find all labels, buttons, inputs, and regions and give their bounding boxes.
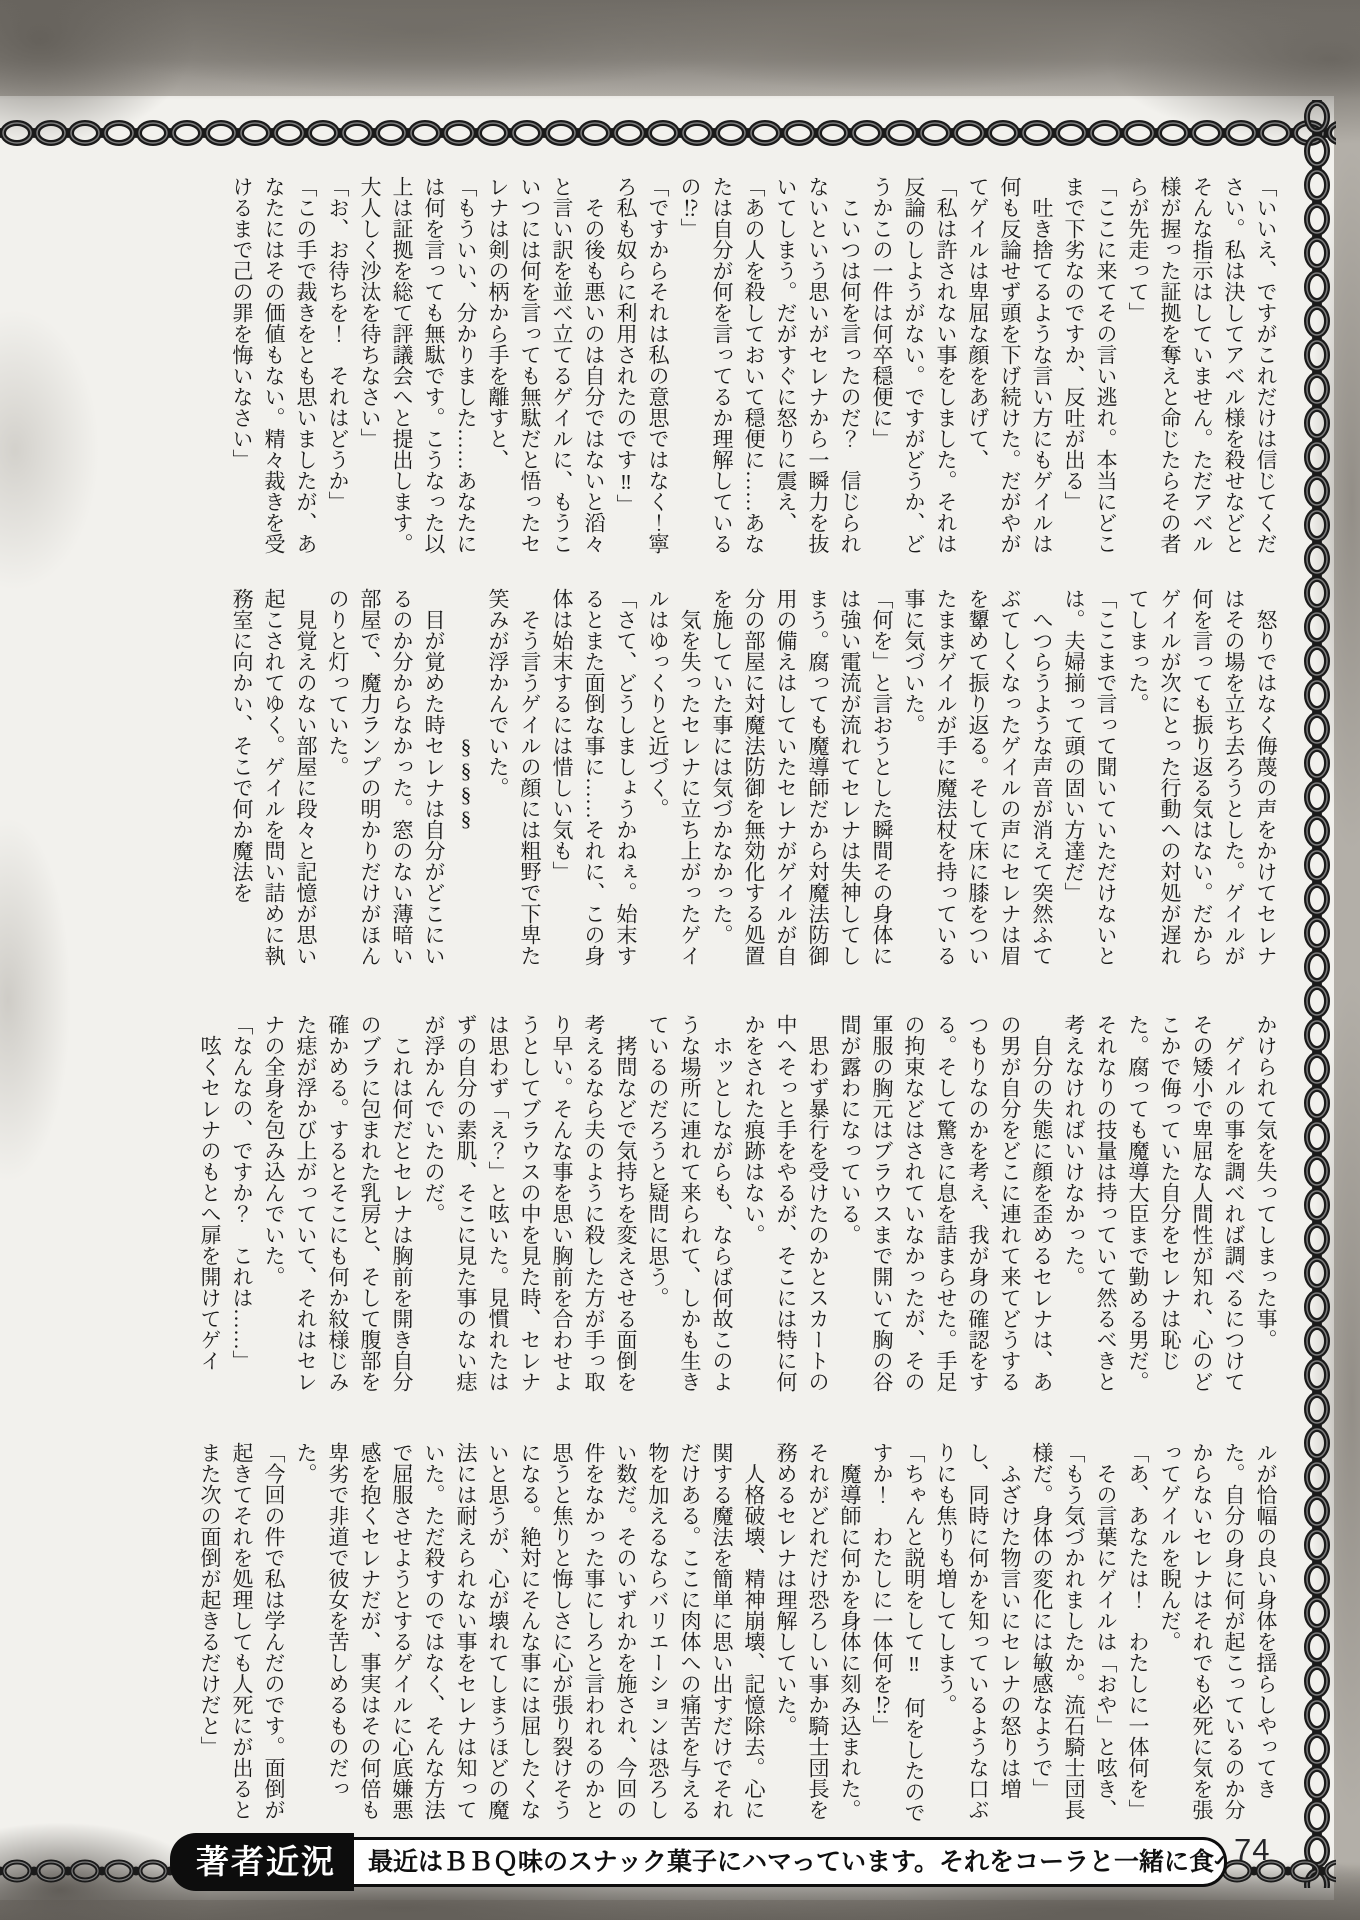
author-news-text: 最近はＢＢＱ味のスナック菓子にハマっています。それをコーラと一緒に食べるともう……: [354, 1837, 1227, 1887]
paragraph: 「あの人を殺しておいて穏便に……あなたは自分が何を言ってるか理解しているの⁉」: [674, 176, 770, 572]
paragraph: ルが恰幅の良い身体を揺らしやってきた。自分の身に何が起こっているのか分からないセ…: [1154, 1442, 1282, 1838]
paragraph: 「ですからそれは私の意思ではなく！寧ろ私も奴らに利用されたのです‼」: [610, 176, 674, 572]
paragraph: 気を失ったセレナに立ち上がったゲイルはゆっくりと近づく。: [642, 588, 706, 984]
page-number: 74: [1234, 1832, 1294, 1868]
paragraph: 「ここまで言って聞いていただけないとは。夫婦揃って頭の固い方達だ」: [1058, 588, 1122, 984]
paragraph: かけられて気を失ってしまった事。: [1250, 1014, 1282, 1410]
chain-border-right: [1296, 100, 1338, 1888]
paragraph: §§§§: [450, 588, 482, 984]
paragraph: 拷問などで気持ちを変えさせる面倒を考えるなら夫のように殺した方が手っ取り早い。そ…: [418, 1014, 642, 1410]
paragraph: 「いいえ、ですがこれだけは信じてください。私は決してアベル様を殺せなどとそんな指…: [1122, 176, 1282, 572]
paragraph: 自分の失態に顔を歪めるセレナは、あの男が自分をどこに連れて来てどうするつもりなの…: [834, 1014, 1058, 1410]
paragraph: 呟くセレナのもとへ扉を開けてゲイ: [194, 1014, 226, 1410]
paragraph: 思わず暴行を受けたのかとスカートの中へそっと手をやるが、そこには特に何かをされた…: [738, 1014, 834, 1410]
paragraph: 人格破壊、精神崩壊、記憶除去。心に関する魔法を簡単に思い出すだけでそれだけある。…: [290, 1442, 770, 1838]
paragraph: 「何を」と言おうとした瞬間その身体には強い電流が流れてセレナは失神してしまう。腐…: [706, 588, 898, 984]
paragraph: 見覚えのない部屋に段々と記憶が思い起こされてゆく。ゲイルを問い詰めに執務室に向か…: [226, 588, 322, 984]
text-band-4: ルが恰幅の良い身体を揺らしやってきた。自分の身に何が起こっているのか分からないセ…: [118, 1442, 1282, 1838]
paragraph: へつらうような声音が消えて突然ふてぶてしくなったゲイルの声にセレナは眉を顰めて振…: [898, 588, 1058, 984]
paragraph: 「私は許されない事をしました。それは反論のしようがない。ですがどうか、どうかこの…: [866, 176, 962, 572]
paragraph: その後も悪いのは自分ではないと滔々と言い訳を並べ立てるゲイルに、もうこいつには何…: [482, 176, 610, 572]
paragraph: 「なんなの、ですか？ これは……」: [226, 1014, 258, 1410]
paragraph: 「さて、どうしましょうかねぇ。始末するとまた面倒な事に……それに、この身体は始末…: [546, 588, 642, 984]
chain-border-top: [0, 100, 1336, 166]
paragraph: 「あ、あなたは！ わたしに一体何を」: [1122, 1442, 1154, 1838]
novel-page: 「いいえ、ですがこれだけは信じてください。私は決してアベル様を殺せなどとそんな指…: [0, 0, 1360, 1920]
text-band-1: 「いいえ、ですがこれだけは信じてください。私は決してアベル様を殺せなどとそんな指…: [118, 176, 1282, 572]
paragraph: ふざけた物言いにセレナの怒りは増し、同時に何かを知っているような口ぶりにも焦りも…: [930, 1442, 1026, 1838]
paragraph: 「お、お待ちを！ それはどうか」: [322, 176, 354, 572]
author-news-label: 著者近況: [170, 1833, 354, 1891]
paragraph: そう言うゲイルの顔には粗野で下卑た笑みが浮かんでいた。: [482, 588, 546, 984]
paragraph: 魔導師に何かを身体に刻み込まれた。それがどれだけ恐ろしい事か騎士団長を務めるセレ…: [770, 1442, 866, 1838]
paragraph: ゲイルの事を調べれば調べるにつけてその矮小で卑屈な人間性が知れ、心のどこかで侮っ…: [1058, 1014, 1250, 1410]
paragraph: 吐き捨てるような言い方にもゲイルは何も反論せず頭を下げ続けた。だがやがてゲイルは…: [962, 176, 1058, 572]
paragraph: 目が覚めた時セレナは自分がどこにいるのか分からなかった。窓のない薄暗い部屋で、魔…: [322, 588, 450, 984]
author-news-bar: 著者近況 最近はＢＢＱ味のスナック菓子にハマっています。それをコーラと一緒に食べ…: [170, 1832, 1227, 1892]
paragraph: 怒りではなく侮蔑の声をかけてセレナはその場を立ち去ろうとした。ゲイルが何を言って…: [1122, 588, 1282, 984]
paragraph: これは何だとセレナは胸前を開き自分のブラに包まれた乳房と、そして腹部を確かめる。…: [258, 1014, 418, 1410]
paragraph: 「もう気づかれましたか。流石騎士団長様だ。身体の変化には敏感なようで」: [1026, 1442, 1090, 1838]
paragraph: 「この手で裁きをとも思いましたが、あなたにはその価値もない。精々裁きを受けるまで…: [226, 176, 322, 572]
paragraph: その言葉にゲイルは「おや」と呟き、: [1090, 1442, 1122, 1838]
chain-border-bottom-left: [0, 1852, 180, 1890]
paragraph: ホッとしながらも、ならば何故このような場所に連れて来られて、しかも生きているのだ…: [642, 1014, 738, 1410]
paragraph: 「今回の件で私は学んだのです。面倒が起きてそれを処理しても人死にが出るとまた次の…: [194, 1442, 290, 1838]
paragraph: 「ここに来てその言い逃れ。本当にどこまで下劣なのですか、反吐が出る」: [1058, 176, 1122, 572]
text-band-3: かけられて気を失ってしまった事。 ゲイルの事を調べれば調べるにつけてその矮小で卑…: [118, 1014, 1282, 1410]
paragraph: こいつは何を言ったのだ？ 信じられないという思いがセレナから一瞬力を抜いてしまう…: [770, 176, 866, 572]
text-band-2: 怒りではなく侮蔑の声をかけてセレナはその場を立ち去ろうとした。ゲイルが何を言って…: [118, 588, 1282, 984]
paragraph: 「もういい、分かりました……あなたには何を言っても無駄です。こうなった以上は証拠…: [354, 176, 482, 572]
paragraph: 「ちゃんと説明をして‼ 何をしたのですか！ わたしに一体何を⁉」: [866, 1442, 930, 1838]
